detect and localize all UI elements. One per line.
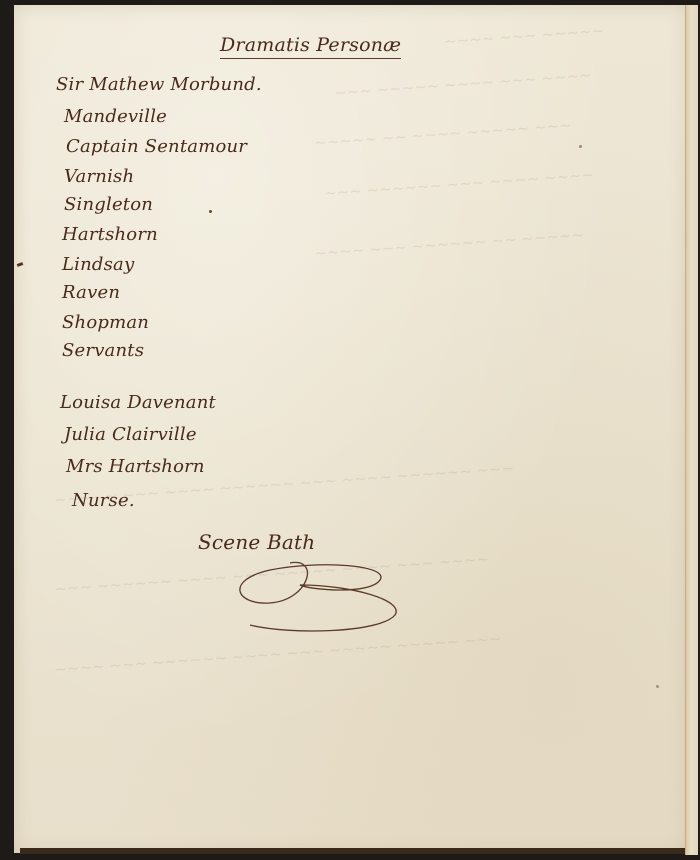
character-name: Nurse. (72, 490, 135, 511)
page-title: Dramatis Personæ (220, 34, 401, 59)
character-name: Captain Sentamour (66, 136, 247, 157)
character-name: Raven (62, 282, 120, 303)
bleed-through-text: ~~~~~ ~~ ~~~~ ~~~~~ ~~~ (314, 116, 573, 152)
character-name: Hartshorn (62, 224, 158, 245)
bleed-through-text: ~~~~ ~~~ ~~~~~ (444, 21, 605, 50)
page-edge (685, 5, 698, 855)
character-name: Shopman (62, 312, 149, 333)
character-name: Louisa Davenant (60, 392, 216, 413)
ink-speck (656, 685, 659, 688)
bleed-through-text: ~~~~ ~~~ ~~~~~~ ~~ ~~~~~ (314, 226, 585, 263)
character-name: Lindsay (62, 254, 134, 275)
character-name: Sir Mathew Morbund. (56, 74, 262, 95)
bleed-through-text: ~~~~ ~~~ ~~~~~~ ~~~~ ~~~ ~~~~~ ~~~~~ ~~~ (54, 629, 502, 678)
ink-speck (579, 145, 582, 148)
character-name: Singleton (64, 194, 153, 215)
character-name: Mrs Hartshorn (66, 456, 205, 477)
character-name: Julia Clairville (64, 424, 197, 445)
character-name: Mandeville (64, 106, 167, 127)
page-bottom-edge (20, 848, 685, 854)
character-name: Servants (62, 340, 144, 361)
bleed-through-text: ~~~ ~~~~~ ~~~~ ~~~ ~~~~ (334, 66, 593, 102)
bleed-through-text: ~~~ ~~~~~~ ~~~ ~~~~ ~~~~ (324, 166, 595, 203)
decorative-flourish (230, 555, 410, 635)
character-name: Varnish (64, 166, 134, 187)
scene-heading: Scene Bath (198, 530, 315, 554)
ink-speck (209, 210, 212, 213)
